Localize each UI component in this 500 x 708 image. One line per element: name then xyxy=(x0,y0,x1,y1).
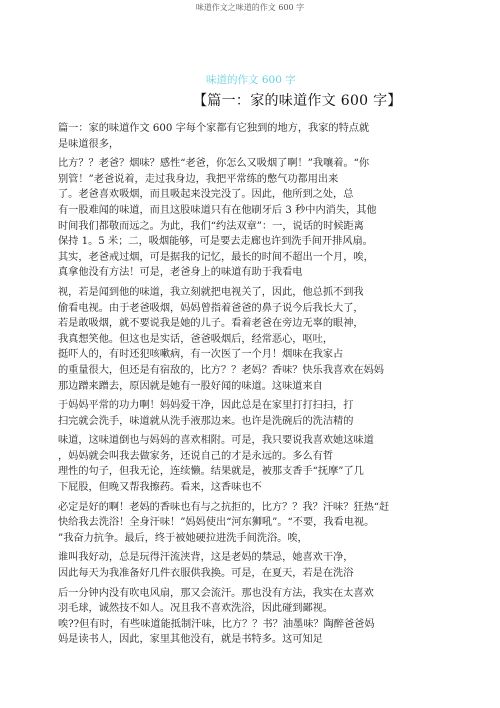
text-line: 妈是读书人，因此，家里其他没有，就是书特多。这可知足 xyxy=(58,632,448,648)
text-line: 下屁股，但晚又帮我擦药。看来，这香味也不 xyxy=(58,480,448,496)
text-line: 因此每天为我准备好几件衣服供我换。可是，在夏天，若是在洗浴 xyxy=(58,566,448,582)
text-line: 快给我去洗浴！全身汗味！”妈妈使出“河东狮吼”。“不要，我看电视。 xyxy=(58,515,448,531)
text-line: 理性的句子，但我无论，连续懒。结果就是，被那支香手“抚摩”了几 xyxy=(58,464,448,480)
text-line: 的重量很大，但还是有宿敌的，比方？？老妈？香味？快乐我喜欢在妈妈 xyxy=(58,363,448,379)
page-header: 味道作文之味道的作文 600 字 xyxy=(0,2,500,13)
text-line: 于妈妈平常的功力啊！妈妈爱干净，因此总是在家里打打扫扫，打 xyxy=(58,398,448,414)
text-line: 扫完就会洗手，味道就从洗手液那边来。也许是洗碗后的洗洁精的 xyxy=(58,414,448,430)
text-line: 必定是好的啊！老妈的香味也有与之抗拒的，比方？？我？汗味？狂热“赶 xyxy=(58,500,448,516)
text-line: 有一股难闻的味道，而且这股味道只有在他刷牙后 3 秒中内消失，其他 xyxy=(58,203,448,219)
text-line: 篇一：家的味道作文 600 字每个家都有它独到的地方，我家的特点就 xyxy=(58,121,448,137)
text-line: 唉??但有时，有些味道能抵制汗味，比方？？书？油墨味？陶醉爸爸妈 xyxy=(58,617,448,633)
text-line: 那边蹭来蹭去，原因就是她有一股好闻的味道。这味道来自 xyxy=(58,379,448,395)
text-line: 时间我们都敬而远之。为此，我们“约法双章”：一，说话的时候距离 xyxy=(58,219,448,235)
text-line: 挺吓人的，有时还犯咳嗽病，有一次医了一个月！烟味在我家占 xyxy=(58,347,448,363)
text-line: 比方？？老爸？烟味？感性“老爸，你怎么又吸烟了啊！”我嚷着。“你 xyxy=(58,156,448,172)
text-line: 谁叫我好动，总是玩得汗流浃背，这是老妈的禁忌，她喜欢干净， xyxy=(58,550,448,566)
text-line: 真拿他没有方法！可是，老爸身上的味道有助于我看电 xyxy=(58,265,448,281)
text-line: 保持 1。5 米；二，吸烟能够，可是要去走廊也许到洗手间开排风扇。 xyxy=(58,234,448,250)
text-line: ，妈妈就会叫我去做家务，还说自己的才是永远的。多么有哲 xyxy=(58,449,448,465)
text-line: 若是敢吸烟，就不要说我是她的儿子。看着老爸在旁边无辜的眼神， xyxy=(58,316,448,332)
document-subtitle: 味道的作文 600 字 xyxy=(206,72,296,87)
text-line: 味道，这味道倒也与妈妈的喜欢相附。可是，我只要说我喜欢她这味道 xyxy=(58,433,448,449)
text-line: 别管！”老爸说着，走过我身边，我把平常练的憋气功都用出来 xyxy=(58,172,448,188)
text-line: 后一分钟内没有吹电风扇，那又会流汗。那也没有方法，我实在太喜欢 xyxy=(58,586,448,602)
text-line: 了。老爸喜欢吸烟，而且吸起来没完没了。因此，他所到之处，总 xyxy=(58,187,448,203)
article-body: 篇一：家的味道作文 600 字每个家都有它独到的地方，我家的特点就 是味道很多，… xyxy=(58,121,448,648)
text-line: 视，若是闻到他的味道，我立刻就把电视关了，因此，他总抓不到我 xyxy=(58,285,448,301)
text-line: 我真想笑他。但这也是实话，爸爸吸烟后，经常恶心，呕吐， xyxy=(58,332,448,348)
text-line: 羽毛球，诚然技不如人。况且我不喜欢洗浴，因此碰到鄙视。 xyxy=(58,601,448,617)
document-title: 【篇一：家的味道作文 600 字】 xyxy=(193,90,402,110)
text-line: 偷看电视。由于老爸吸烟，妈妈曾指着爸爸的鼻子说今后我长大了， xyxy=(58,301,448,317)
text-line: ”我奋力抗争。最后，终于被她硬拉进洗手间洗浴。唉， xyxy=(58,531,448,547)
text-line: 其实，老爸戒过烟，可是据我的记忆，最长的时间不超出一个月，唉， xyxy=(58,250,448,266)
text-line: 是味道很多， xyxy=(58,137,448,153)
